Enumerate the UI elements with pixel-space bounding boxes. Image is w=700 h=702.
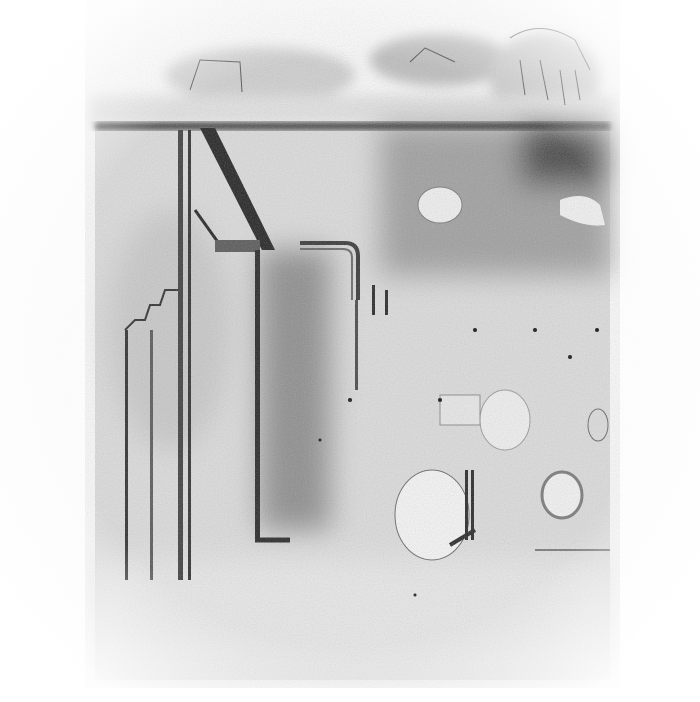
wall-photograph — [0, 0, 700, 702]
